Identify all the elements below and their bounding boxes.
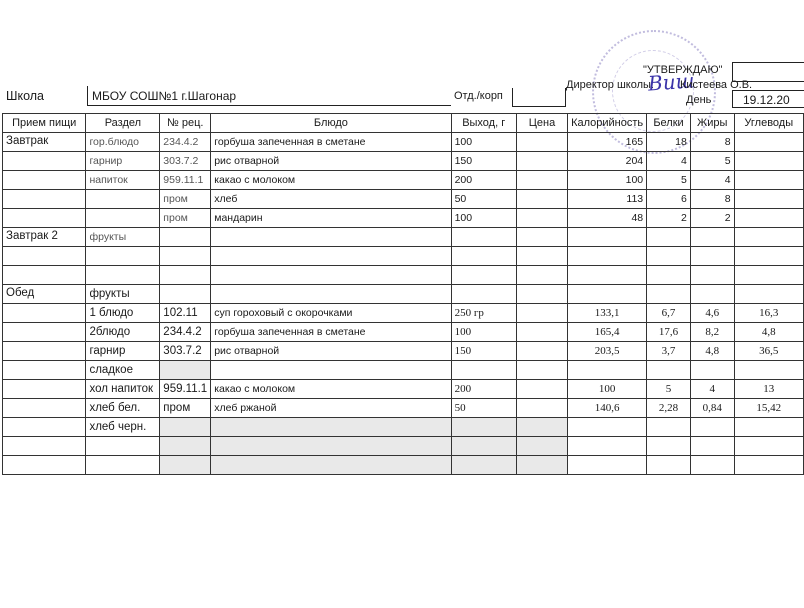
section-cell: напиток — [86, 171, 160, 190]
dish-cell: рис отварной — [211, 152, 451, 171]
recipe-cell — [160, 285, 211, 304]
recipe-cell: 303.7.2 — [160, 152, 211, 171]
table-row: Завтракгор.блюдо234.4.2горбуша запеченна… — [3, 133, 804, 152]
col-dish: Блюдо — [211, 114, 451, 133]
protein-cell — [647, 418, 691, 437]
price-cell — [516, 209, 567, 228]
fat-cell — [690, 266, 734, 285]
table-row: хол напиток959.11.1какао с молоком200100… — [3, 380, 804, 399]
yield-cell: 50 — [451, 190, 516, 209]
menu-table: Прием пищи Раздел № рец. Блюдо Выход, г … — [2, 113, 804, 475]
dish-cell: мандарин — [211, 209, 451, 228]
meal-cell — [3, 304, 86, 323]
recipe-cell — [160, 437, 211, 456]
section-cell: гор.блюдо — [86, 133, 160, 152]
kcal-cell: 48 — [568, 209, 647, 228]
meal-cell — [3, 152, 86, 171]
yield-cell: 150 — [451, 342, 516, 361]
carbs-cell: 15,42 — [734, 399, 803, 418]
fat-cell — [690, 228, 734, 247]
meal-cell — [3, 361, 86, 380]
school-name-field: МБОУ СОШ№1 г.Шагонар — [87, 86, 451, 106]
fat-cell: 2 — [690, 209, 734, 228]
fat-cell: 8 — [690, 190, 734, 209]
meal-cell — [3, 399, 86, 418]
kcal-cell — [568, 228, 647, 247]
meal-cell — [3, 456, 86, 475]
yield-cell — [451, 437, 516, 456]
approval-box — [732, 62, 804, 82]
table-row: гарнир303.7.2рис отварной15020445 — [3, 152, 804, 171]
section-cell — [86, 456, 160, 475]
price-cell — [516, 133, 567, 152]
section-cell: хлеб черн. — [86, 418, 160, 437]
fat-cell — [690, 361, 734, 380]
dish-cell: хлеб — [211, 190, 451, 209]
table-row: промхлеб5011368 — [3, 190, 804, 209]
section-cell: гарнир — [86, 152, 160, 171]
section-cell: 1 блюдо — [86, 304, 160, 323]
protein-cell: 18 — [647, 133, 691, 152]
table-header-row: Прием пищи Раздел № рец. Блюдо Выход, г … — [3, 114, 804, 133]
recipe-cell — [160, 361, 211, 380]
protein-cell: 6,7 — [647, 304, 691, 323]
carbs-cell — [734, 456, 803, 475]
section-cell: фрукты — [86, 285, 160, 304]
section-cell: сладкое — [86, 361, 160, 380]
carbs-cell: 4,8 — [734, 323, 803, 342]
carbs-cell — [734, 361, 803, 380]
price-cell — [516, 285, 567, 304]
table-row: Обедфрукты — [3, 285, 804, 304]
carbs-cell — [734, 418, 803, 437]
section-cell — [86, 190, 160, 209]
protein-cell: 5 — [647, 171, 691, 190]
col-protein: Белки — [647, 114, 691, 133]
kcal-cell: 133,1 — [568, 304, 647, 323]
fat-cell: 8,2 — [690, 323, 734, 342]
dish-cell: горбуша запеченная в сметане — [211, 133, 451, 152]
department-field — [512, 88, 566, 107]
table-row: сладкое — [3, 361, 804, 380]
table-row: хлеб черн. — [3, 418, 804, 437]
protein-cell: 6 — [647, 190, 691, 209]
protein-cell — [647, 266, 691, 285]
carbs-cell: 16,3 — [734, 304, 803, 323]
section-cell — [86, 266, 160, 285]
kcal-cell: 204 — [568, 152, 647, 171]
dish-cell: рис отварной — [211, 342, 451, 361]
director-label: Директор школы: — [566, 79, 654, 91]
yield-cell: 200 — [451, 380, 516, 399]
protein-cell: 3,7 — [647, 342, 691, 361]
dish-cell — [211, 266, 451, 285]
fat-cell — [690, 456, 734, 475]
price-cell — [516, 171, 567, 190]
carbs-cell — [734, 437, 803, 456]
dish-cell — [211, 361, 451, 380]
col-yield: Выход, г — [451, 114, 516, 133]
yield-cell: 250 гр — [451, 304, 516, 323]
protein-cell — [647, 437, 691, 456]
meal-cell — [3, 209, 86, 228]
recipe-cell: 234.4.2 — [160, 133, 211, 152]
carbs-cell: 36,5 — [734, 342, 803, 361]
kcal-cell — [568, 247, 647, 266]
section-cell — [86, 209, 160, 228]
col-meal: Прием пищи — [3, 114, 86, 133]
school-label: Школа — [6, 89, 44, 103]
recipe-cell: 234.4.2 — [160, 323, 211, 342]
fat-cell — [690, 247, 734, 266]
fat-cell: 8 — [690, 133, 734, 152]
dish-cell — [211, 247, 451, 266]
protein-cell — [647, 285, 691, 304]
price-cell — [516, 152, 567, 171]
yield-cell: 100 — [451, 209, 516, 228]
carbs-cell: 13 — [734, 380, 803, 399]
dish-cell — [211, 418, 451, 437]
table-row: 2блюдо234.4.2горбуша запеченная в сметан… — [3, 323, 804, 342]
table-row: гарнир303.7.2рис отварной150203,53,74,83… — [3, 342, 804, 361]
table-row — [3, 456, 804, 475]
carbs-cell — [734, 266, 803, 285]
price-cell — [516, 190, 567, 209]
dish-cell — [211, 285, 451, 304]
price-cell — [516, 342, 567, 361]
kcal-cell: 100 — [568, 380, 647, 399]
fat-cell: 4,6 — [690, 304, 734, 323]
fat-cell — [690, 418, 734, 437]
dish-cell — [211, 437, 451, 456]
table-row: хлеб бел.промхлеб ржаной50140,62,280,841… — [3, 399, 804, 418]
yield-cell: 150 — [451, 152, 516, 171]
dish-cell: какао с молоком — [211, 171, 451, 190]
kcal-cell: 113 — [568, 190, 647, 209]
col-price: Цена — [516, 114, 567, 133]
dish-cell: какао с молоком — [211, 380, 451, 399]
carbs-cell — [734, 133, 803, 152]
fat-cell: 4 — [690, 171, 734, 190]
table-row: напиток959.11.1какао с молоком20010054 — [3, 171, 804, 190]
recipe-cell: пром — [160, 209, 211, 228]
dish-cell — [211, 228, 451, 247]
meal-cell — [3, 323, 86, 342]
yield-cell: 200 — [451, 171, 516, 190]
carbs-cell — [734, 209, 803, 228]
yield-cell — [451, 285, 516, 304]
price-cell — [516, 228, 567, 247]
fat-cell: 4 — [690, 380, 734, 399]
meal-cell — [3, 437, 86, 456]
table-row — [3, 247, 804, 266]
fat-cell: 0,84 — [690, 399, 734, 418]
yield-cell — [451, 418, 516, 437]
section-cell: гарнир — [86, 342, 160, 361]
recipe-cell: 102.11 — [160, 304, 211, 323]
meal-cell — [3, 418, 86, 437]
protein-cell: 17,6 — [647, 323, 691, 342]
yield-cell: 100 — [451, 133, 516, 152]
section-cell: 2блюдо — [86, 323, 160, 342]
recipe-cell: 959.11.1 — [160, 380, 211, 399]
carbs-cell — [734, 247, 803, 266]
fat-cell — [690, 437, 734, 456]
kcal-cell — [568, 361, 647, 380]
protein-cell: 2,28 — [647, 399, 691, 418]
carbs-cell — [734, 152, 803, 171]
carbs-cell — [734, 190, 803, 209]
col-recipe: № рец. — [160, 114, 211, 133]
day-label: День — [686, 94, 711, 106]
yield-cell: 100 — [451, 323, 516, 342]
recipe-cell — [160, 418, 211, 437]
protein-cell: 2 — [647, 209, 691, 228]
recipe-cell — [160, 266, 211, 285]
fat-cell: 4,8 — [690, 342, 734, 361]
meal-cell — [3, 342, 86, 361]
col-carbs: Углеводы — [734, 114, 803, 133]
dish-cell — [211, 456, 451, 475]
recipe-cell: пром — [160, 399, 211, 418]
recipe-cell: пром — [160, 190, 211, 209]
section-cell: хол напиток — [86, 380, 160, 399]
price-cell — [516, 399, 567, 418]
col-fat: Жиры — [690, 114, 734, 133]
kcal-cell: 203,5 — [568, 342, 647, 361]
recipe-cell — [160, 456, 211, 475]
carbs-cell — [734, 228, 803, 247]
meal-cell: Завтрак 2 — [3, 228, 86, 247]
date-field: 19.12.20 — [732, 90, 804, 108]
yield-cell — [451, 247, 516, 266]
protein-cell — [647, 361, 691, 380]
kcal-cell: 165,4 — [568, 323, 647, 342]
yield-cell — [451, 266, 516, 285]
carbs-cell — [734, 285, 803, 304]
price-cell — [516, 266, 567, 285]
yield-cell — [451, 456, 516, 475]
kcal-cell — [568, 437, 647, 456]
kcal-cell — [568, 285, 647, 304]
recipe-cell — [160, 228, 211, 247]
table-row — [3, 437, 804, 456]
price-cell — [516, 456, 567, 475]
table-row: Завтрак 2фрукты — [3, 228, 804, 247]
meal-cell: Завтрак — [3, 133, 86, 152]
price-cell — [516, 380, 567, 399]
kcal-cell — [568, 456, 647, 475]
protein-cell: 4 — [647, 152, 691, 171]
section-cell: фрукты — [86, 228, 160, 247]
meal-cell — [3, 171, 86, 190]
col-kcal: Калорийность — [568, 114, 647, 133]
dish-cell: хлеб ржаной — [211, 399, 451, 418]
protein-cell — [647, 228, 691, 247]
protein-cell — [647, 456, 691, 475]
meal-cell — [3, 190, 86, 209]
table-row: 1 блюдо102.11суп гороховый с окорочками2… — [3, 304, 804, 323]
section-cell — [86, 247, 160, 266]
price-cell — [516, 437, 567, 456]
yield-cell — [451, 228, 516, 247]
recipe-cell: 303.7.2 — [160, 342, 211, 361]
carbs-cell — [734, 171, 803, 190]
table-row: проммандарин1004822 — [3, 209, 804, 228]
protein-cell — [647, 247, 691, 266]
yield-cell — [451, 361, 516, 380]
dish-cell: горбуша запеченная в сметане — [211, 323, 451, 342]
meal-cell — [3, 380, 86, 399]
recipe-cell — [160, 247, 211, 266]
section-cell: хлеб бел. — [86, 399, 160, 418]
meal-cell — [3, 247, 86, 266]
price-cell — [516, 247, 567, 266]
table-row — [3, 266, 804, 285]
fat-cell: 5 — [690, 152, 734, 171]
col-section: Раздел — [86, 114, 160, 133]
kcal-cell — [568, 266, 647, 285]
price-cell — [516, 361, 567, 380]
kcal-cell: 140,6 — [568, 399, 647, 418]
kcal-cell: 100 — [568, 171, 647, 190]
dish-cell: суп гороховый с окорочками — [211, 304, 451, 323]
kcal-cell — [568, 418, 647, 437]
meal-cell: Обед — [3, 285, 86, 304]
price-cell — [516, 304, 567, 323]
yield-cell: 50 — [451, 399, 516, 418]
protein-cell: 5 — [647, 380, 691, 399]
department-label: Отд./корп — [454, 90, 503, 102]
recipe-cell: 959.11.1 — [160, 171, 211, 190]
price-cell — [516, 418, 567, 437]
section-cell — [86, 437, 160, 456]
fat-cell — [690, 285, 734, 304]
price-cell — [516, 323, 567, 342]
meal-cell — [3, 266, 86, 285]
kcal-cell: 165 — [568, 133, 647, 152]
